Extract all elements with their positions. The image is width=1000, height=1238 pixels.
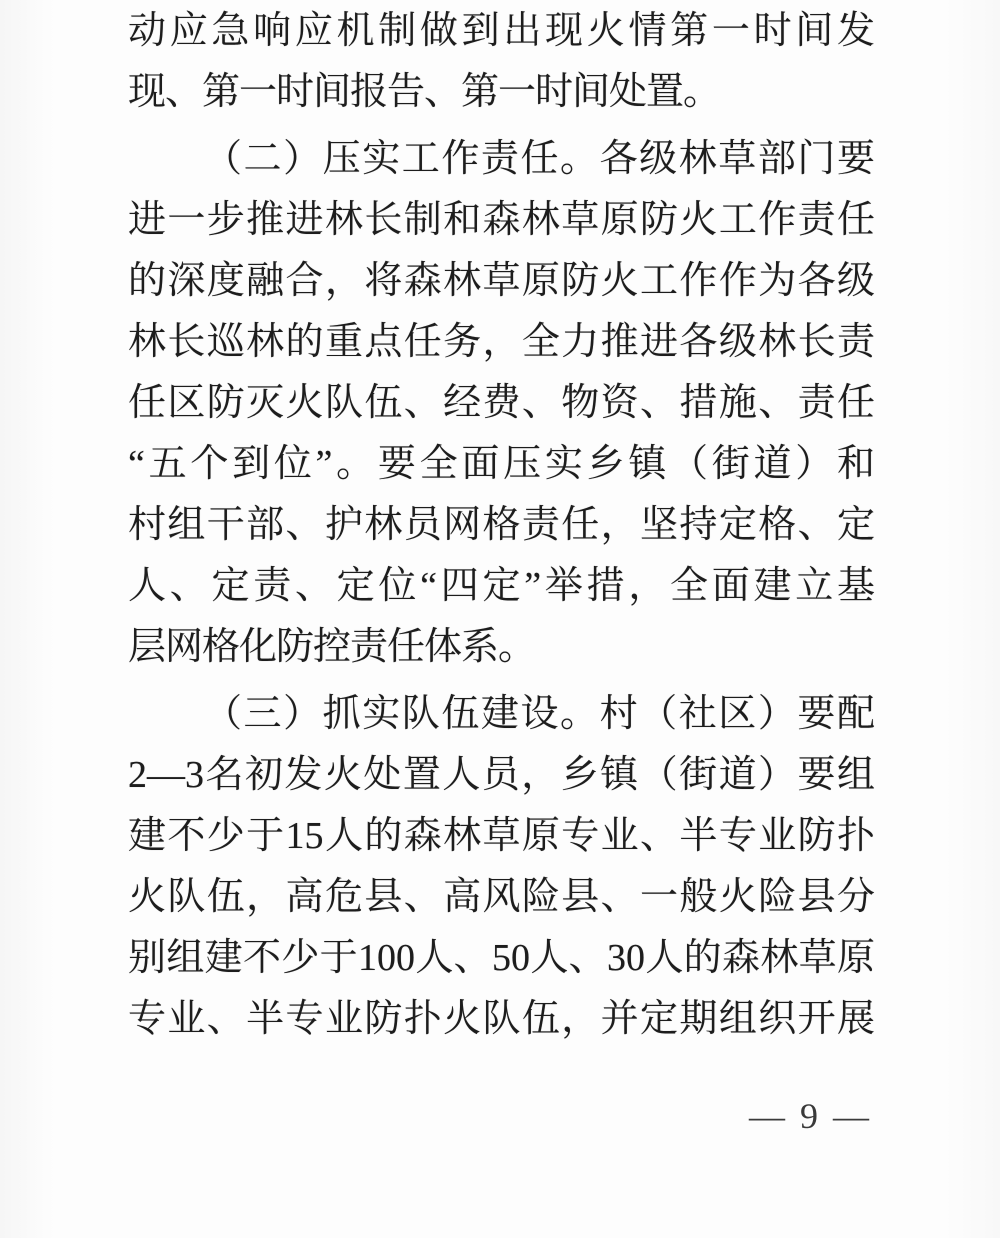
text-line: 任区防灭火队伍、经费、物资、措施、责任 bbox=[128, 373, 875, 434]
text-line: 村组干部、护林员网格责任，坚持定格、定 bbox=[128, 495, 875, 556]
page-number: — 9 — bbox=[0, 1096, 1000, 1136]
text-line: （二）压实工作责任。各级林草部门要 bbox=[128, 129, 875, 190]
text-line: 别组建不少于100人、50人、30人的森林草原 bbox=[128, 928, 875, 989]
document-page: 动应急响应机制做到出现火情第一时间发现、第一时间报告、第一时间处置。（二）压实工… bbox=[0, 0, 1000, 1238]
text-line: 现、第一时间报告、第一时间处置。 bbox=[128, 62, 875, 123]
paragraph-3-team-building: （三）抓实队伍建设。村（社区）要配置2—3名初发火处置人员，乡镇（街道）要组建不… bbox=[128, 684, 875, 1050]
text-line: 2—3名初发火处置人员，乡镇（街道）要组 bbox=[128, 745, 875, 806]
text-line: 林长巡林的重点任务，全力推进各级林长责 bbox=[128, 312, 875, 373]
text-line: 动应急响应机制做到出现火情第一时间发 bbox=[128, 1, 875, 62]
paragraph-2-compact-work-responsibility: （二）压实工作责任。各级林草部门要进一步推进林长制和森林草原防火工作责任的深度融… bbox=[128, 129, 875, 678]
text-line: “五个到位”。要全面压实乡镇（街道）和 bbox=[128, 434, 875, 495]
text-line: 专业、半专业防扑火队伍，并定期组织开展 bbox=[128, 989, 875, 1050]
text-line: 进一步推进林长制和森林草原防火工作责任 bbox=[128, 190, 875, 251]
paragraph-emergency-response-continued: 动应急响应机制做到出现火情第一时间发现、第一时间报告、第一时间处置。 bbox=[128, 1, 875, 123]
text-line: （三）抓实队伍建设。村（社区）要配置 bbox=[128, 684, 875, 745]
text-line: 火队伍，高危县、高风险县、一般火险县分 bbox=[128, 867, 875, 928]
text-line: 建不少于15人的森林草原专业、半专业防扑 bbox=[128, 806, 875, 867]
text-line: 层网格化防控责任体系。 bbox=[128, 617, 875, 678]
text-line: 人、定责、定位“四定”举措，全面建立基 bbox=[128, 556, 875, 617]
text-line: 的深度融合，将森林草原防火工作作为各级 bbox=[128, 251, 875, 312]
document-body: 动应急响应机制做到出现火情第一时间发现、第一时间报告、第一时间处置。（二）压实工… bbox=[0, 1, 1000, 1050]
